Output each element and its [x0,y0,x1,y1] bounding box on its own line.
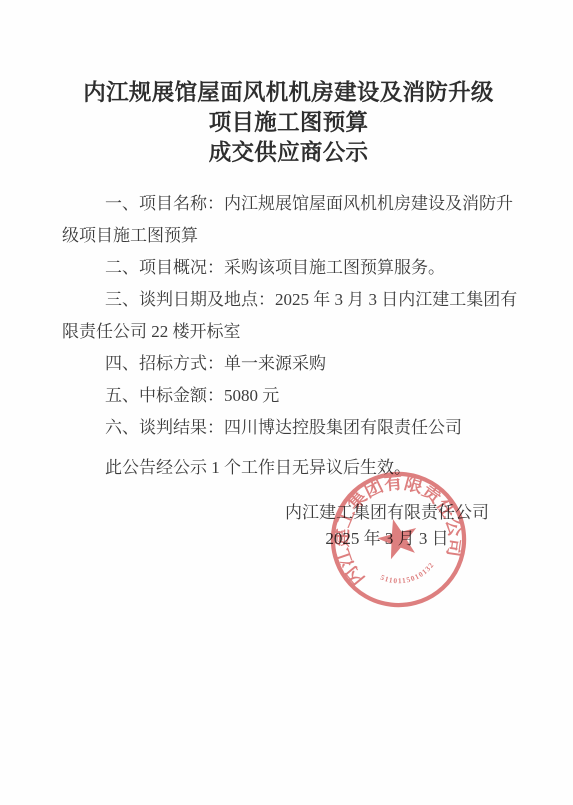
page-title-line: 成交供应商公示 [62,138,515,168]
signature-company: 内江建工集团有限责任公司 [285,500,489,526]
seal-serial-number: 5110115010132 [377,559,439,592]
document-page: 内江规展馆屋面风机机房建设及消防升级 项目施工图预算 成交供应商公示 一、项目名… [0,0,573,805]
page-title-line: 项目施工图预算 [62,108,515,138]
body-line: 级项目施工图预算 [62,220,517,252]
page-title-line: 内江规展馆屋面风机机房建设及消防升级 [62,78,515,108]
svg-text:5110115010132: 5110115010132 [377,559,439,592]
body-line: 三、谈判日期及地点：2025 年 3 月 3 日内江建工集团有 [62,284,517,316]
signature-block: 内江建工集团有限责任公司 2025 年 3 月 3 日 [0,500,573,552]
body-line: 四、招标方式：单一来源采购 [62,348,517,380]
body-line: 六、谈判结果：四川博达控股集团有限责任公司 [62,412,517,444]
body-line: 五、中标金额：5080 元 [62,380,517,412]
page-title: 内江规展馆屋面风机机房建设及消防升级 项目施工图预算 成交供应商公示 [62,78,515,168]
document-body: 一、项目名称：内江规展馆屋面风机机房建设及消防升 级项目施工图预算 二、项目概况… [62,188,517,484]
body-line: 限责任公司 22 楼开标室 [62,316,517,348]
signature-date: 2025 年 3 月 3 日 [285,526,489,552]
notice-text: 此公告经公示 1 个工作日无异议后生效。 [62,452,517,484]
body-line: 一、项目名称：内江规展馆屋面风机机房建设及消防升 [62,188,517,220]
body-line: 二、项目概况：采购该项目施工图预算服务。 [62,252,517,284]
